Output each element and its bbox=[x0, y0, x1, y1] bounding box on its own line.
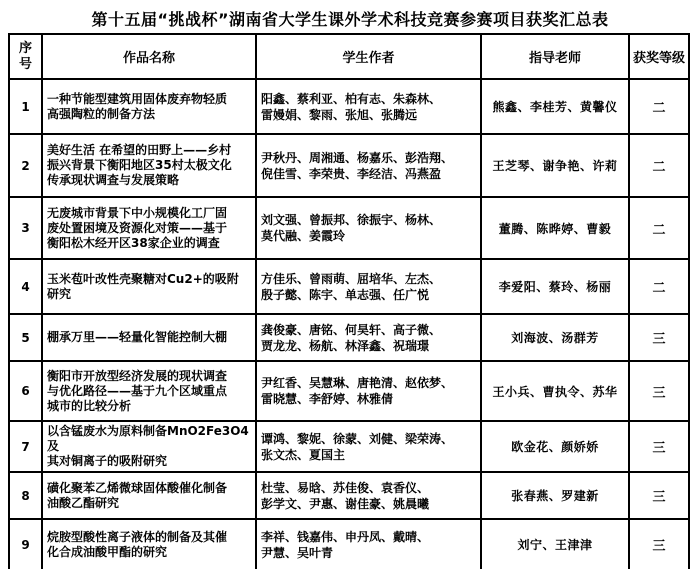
header-row: 序号 作品名称 学生作者 指导老师 获奖等级 bbox=[9, 34, 689, 79]
row-index: 6 bbox=[9, 361, 42, 421]
advisors: 刘海波、汤群芳 bbox=[481, 314, 629, 361]
award-grade: 三 bbox=[629, 519, 689, 569]
table-row: 7 以含锰废水为原料制备MnO2Fe3O4及 其对铜离子的吸附研究 谭鸿、黎妮、… bbox=[9, 421, 689, 472]
award-grade: 二 bbox=[629, 134, 689, 197]
student-authors: 尹秋丹、周湘通、杨嘉乐、彭浩翔、 倪佳雪、李荣贵、李经洁、冯燕盈 bbox=[256, 134, 481, 197]
student-authors: 杜莹、易晗、苏佳俊、袁香仪、 彭学文、尹惠、谢佳豪、姚晨曦 bbox=[256, 472, 481, 519]
row-index: 9 bbox=[9, 519, 42, 569]
award-grade: 二 bbox=[629, 79, 689, 134]
table-row: 8 磺化聚苯乙烯微球固体酸催化制备 油酸乙酯研究 杜莹、易晗、苏佳俊、袁香仪、 … bbox=[9, 472, 689, 519]
project-title: 衡阳市开放型经济发展的现状调查 与优化路径——基于九个区域重点 城市的比较分析 bbox=[42, 361, 256, 421]
advisors: 李爱阳、蔡玲、杨丽 bbox=[481, 259, 629, 314]
advisors: 王芝琴、谢争艳、许莉 bbox=[481, 134, 629, 197]
advisors: 熊鑫、李桂芳、黄馨仪 bbox=[481, 79, 629, 134]
table-row: 5 棚承万里——轻量化智能控制大棚 龚俊豪、唐铭、何昊轩、高子微、 贾龙龙、杨航… bbox=[9, 314, 689, 361]
table-row: 2 美好生活 在希望的田野上——乡村 振兴背景下衡阳地区35村太极文化 传承现状… bbox=[9, 134, 689, 197]
advisors: 张春燕、罗建新 bbox=[481, 472, 629, 519]
table-row: 4 玉米苞叶改性壳聚糖对Cu2+的吸附 研究 方佳乐、曾雨萌、屈培华、左杰、 殷… bbox=[9, 259, 689, 314]
row-index: 1 bbox=[9, 79, 42, 134]
project-title: 一种节能型建筑用固体废弃物轻质 高强陶粒的制备方法 bbox=[42, 79, 256, 134]
student-authors: 李祥、钱嘉伟、申丹凤、戴晴、 尹慧、吴叶青 bbox=[256, 519, 481, 569]
project-title: 以含锰废水为原料制备MnO2Fe3O4及 其对铜离子的吸附研究 bbox=[42, 421, 256, 472]
award-summary-table: 序号 作品名称 学生作者 指导老师 获奖等级 1 一种节能型建筑用固体废弃物轻质… bbox=[8, 33, 690, 569]
student-authors: 刘文强、曾振邦、徐振宇、杨林、 莫代融、姜霞玲 bbox=[256, 197, 481, 259]
document-title: 第十五届“挑战杯”湖南省大学生课外学术科技竞赛参赛项目获奖汇总表 bbox=[0, 0, 700, 33]
award-grade: 三 bbox=[629, 314, 689, 361]
award-grade: 三 bbox=[629, 361, 689, 421]
row-index: 7 bbox=[9, 421, 42, 472]
student-authors: 方佳乐、曾雨萌、屈培华、左杰、 殷子懿、陈宇、单志强、任广悦 bbox=[256, 259, 481, 314]
advisors: 王小兵、曹执令、苏华 bbox=[481, 361, 629, 421]
row-index: 8 bbox=[9, 472, 42, 519]
table-row: 1 一种节能型建筑用固体废弃物轻质 高强陶粒的制备方法 阳鑫、蔡利亚、柏有志、朱… bbox=[9, 79, 689, 134]
student-authors: 阳鑫、蔡利亚、柏有志、朱森林、 雷嫚娟、黎雨、张旭、张腾远 bbox=[256, 79, 481, 134]
student-authors: 尹红香、吴慧琳、唐艳清、赵依梦、 雷晓慧、李舒婷、林雅倩 bbox=[256, 361, 481, 421]
row-index: 4 bbox=[9, 259, 42, 314]
advisors: 欧金花、颜娇娇 bbox=[481, 421, 629, 472]
row-index: 2 bbox=[9, 134, 42, 197]
advisors: 董腾、陈晔婷、曹毅 bbox=[481, 197, 629, 259]
column-header-advisors: 指导老师 bbox=[481, 34, 629, 79]
row-index: 5 bbox=[9, 314, 42, 361]
award-grade: 三 bbox=[629, 472, 689, 519]
column-header-index: 序号 bbox=[9, 34, 42, 79]
project-title: 无废城市背景下中小规模化工厂固 废处置困境及资源化对策——基于 衡阳松木经开区3… bbox=[42, 197, 256, 259]
column-header-title: 作品名称 bbox=[42, 34, 256, 79]
table-row: 3 无废城市背景下中小规模化工厂固 废处置困境及资源化对策——基于 衡阳松木经开… bbox=[9, 197, 689, 259]
column-header-award: 获奖等级 bbox=[629, 34, 689, 79]
student-authors: 谭鸿、黎妮、徐蒙、刘健、梁荣涛、 张文杰、夏国主 bbox=[256, 421, 481, 472]
table-row: 9 烷胺型酸性离子液体的制备及其催 化合成油酸甲酯的研究 李祥、钱嘉伟、申丹凤、… bbox=[9, 519, 689, 569]
project-title: 烷胺型酸性离子液体的制备及其催 化合成油酸甲酯的研究 bbox=[42, 519, 256, 569]
project-title: 棚承万里——轻量化智能控制大棚 bbox=[42, 314, 256, 361]
project-title: 玉米苞叶改性壳聚糖对Cu2+的吸附 研究 bbox=[42, 259, 256, 314]
project-title: 磺化聚苯乙烯微球固体酸催化制备 油酸乙酯研究 bbox=[42, 472, 256, 519]
student-authors: 龚俊豪、唐铭、何昊轩、高子微、 贾龙龙、杨航、林泽鑫、祝瑞璟 bbox=[256, 314, 481, 361]
advisors: 刘宁、王津津 bbox=[481, 519, 629, 569]
table-row: 6 衡阳市开放型经济发展的现状调查 与优化路径——基于九个区域重点 城市的比较分… bbox=[9, 361, 689, 421]
column-header-index-label: 序号 bbox=[18, 41, 34, 73]
award-grade: 二 bbox=[629, 259, 689, 314]
award-grade: 三 bbox=[629, 421, 689, 472]
project-title: 美好生活 在希望的田野上——乡村 振兴背景下衡阳地区35村太极文化 传承现状调查… bbox=[42, 134, 256, 197]
column-header-students: 学生作者 bbox=[256, 34, 481, 79]
row-index: 3 bbox=[9, 197, 42, 259]
award-grade: 二 bbox=[629, 197, 689, 259]
